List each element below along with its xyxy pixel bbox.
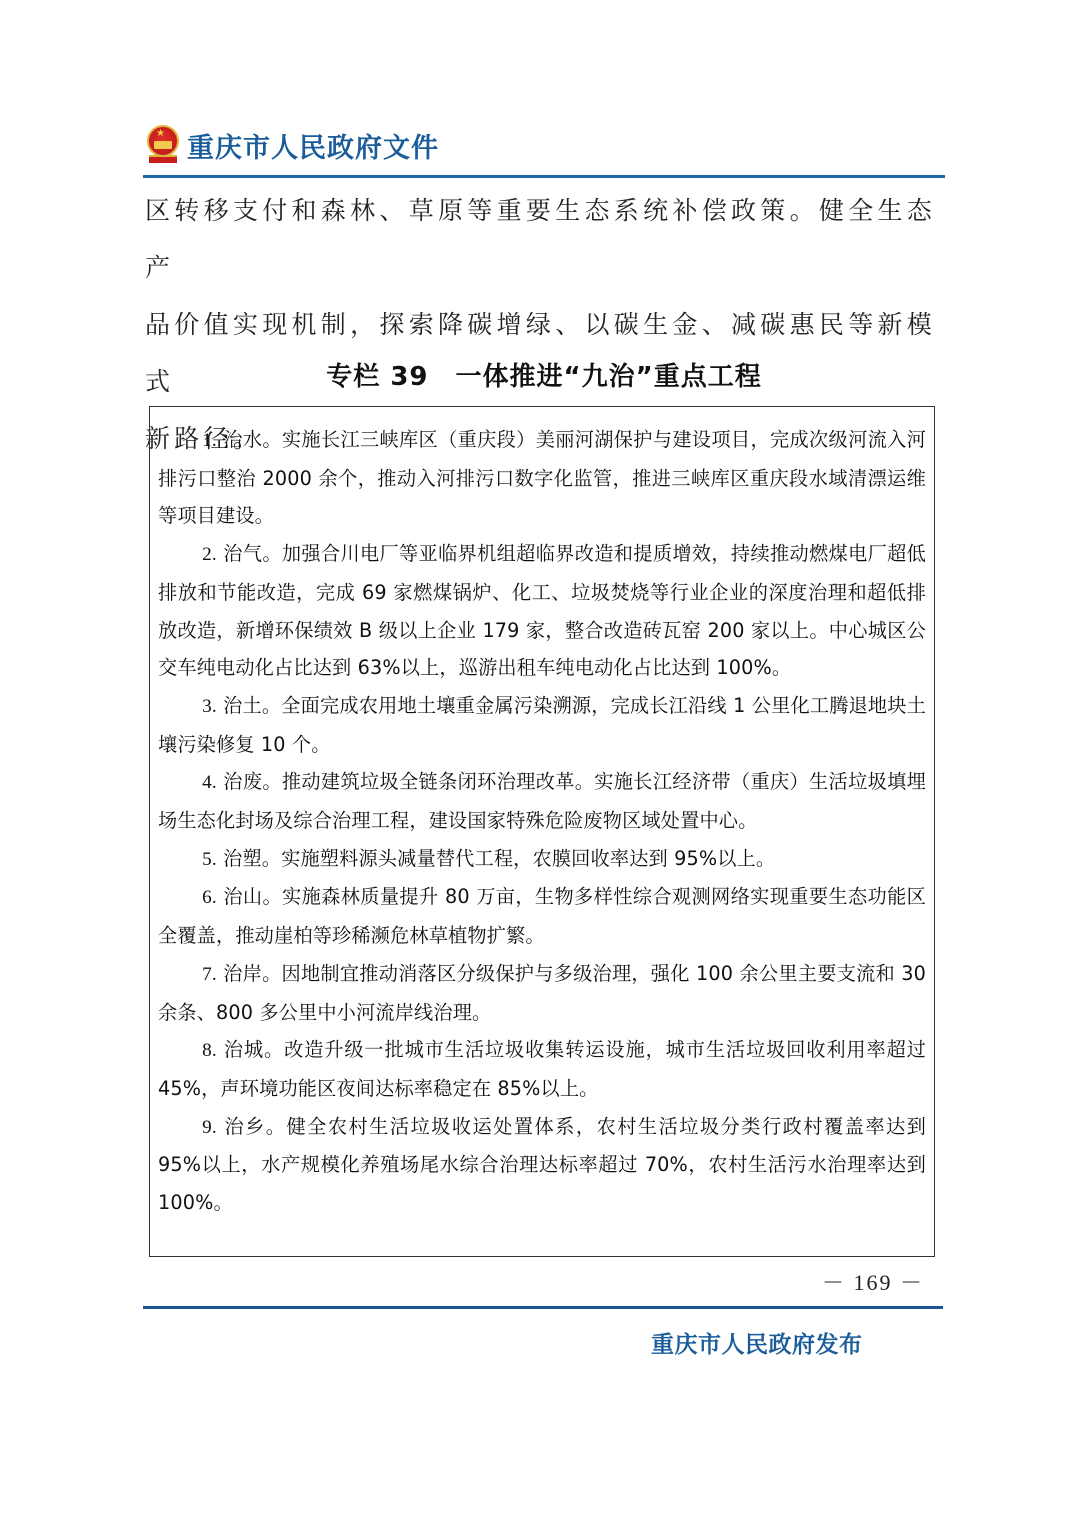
box-title: 专栏 39 一体推进“九治”重点工程 <box>0 356 1074 393</box>
item-number: 3. <box>202 696 217 717</box>
box-item: 2. 治气。加强合川电厂等亚临界机组超临界改造和提质增效，持续推动燃煤电厂超低排… <box>158 535 926 687</box>
box-item: 1. 治水。实施长江三峡库区（重庆段）美丽河湖保护与建设项目，完成次级河流入河排… <box>158 421 926 535</box>
item-text: 治山。实施森林质量提升 80 万亩，生物多样性综合观测网络实现重要生态功能区全覆… <box>158 885 926 947</box>
item-text: 治水。实施长江三峡库区（重庆段）美丽河湖保护与建设项目，完成次级河流入河排污口整… <box>158 428 926 527</box>
header-title: 重庆市人民政府文件 <box>187 126 439 165</box>
national-emblem-icon: ★ <box>145 125 181 165</box>
box-item: 5. 治塑。实施塑料源头减量替代工程，农膜回收率达到 95%以上。 <box>158 840 926 879</box>
footer-divider <box>143 1306 943 1309</box>
item-text: 治乡。健全农村生活垃圾收运处置体系，农村生活垃圾分类行政村覆盖率达到 95%以上… <box>158 1115 926 1214</box>
document-header: ★ 重庆市人民政府文件 <box>145 120 439 170</box>
item-text: 治城。改造升级一批城市生活垃圾收集转运设施，城市生活垃圾回收利用率超过 45%，… <box>158 1038 926 1100</box>
header-divider <box>143 175 945 178</box>
footer-publisher: 重庆市人民政府发布 <box>651 1326 863 1359</box>
item-number: 5. <box>202 849 217 870</box>
feature-box: 1. 治水。实施长江三峡库区（重庆段）美丽河湖保护与建设项目，完成次级河流入河排… <box>149 406 935 1257</box>
item-number: 8. <box>202 1040 217 1061</box>
item-text: 治岸。因地制宜推动消落区分级保护与多级治理，强化 100 余公里主要支流和 30… <box>158 962 926 1024</box>
item-text: 治塑。实施塑料源头减量替代工程，农膜回收率达到 95%以上。 <box>223 847 775 870</box>
item-number: 2. <box>202 544 217 565</box>
page-number: － 169 － <box>822 1266 924 1297</box>
item-number: 7. <box>202 964 217 985</box>
intro-line: 区转移支付和森林、草原等重要生态系统补偿政策。健全生态产 <box>145 182 945 296</box>
box-item: 3. 治土。全面完成农用地土壤重金属污染溯源，完成长江沿线 1 公里化工腾退地块… <box>158 687 926 763</box>
item-text: 治土。全面完成农用地土壤重金属污染溯源，完成长江沿线 1 公里化工腾退地块土壤污… <box>158 694 926 756</box>
box-item: 7. 治岸。因地制宜推动消落区分级保护与多级治理，强化 100 余公里主要支流和… <box>158 955 926 1031</box>
item-text: 治气。加强合川电厂等亚临界机组超临界改造和提质增效，持续推动燃煤电厂超低排放和节… <box>158 542 926 679</box>
item-number: 4. <box>202 772 217 793</box>
item-text: 治废。推动建筑垃圾全链条闭环治理改革。实施长江经济带（重庆）生活垃圾填埋场生态化… <box>158 770 926 832</box>
box-item: 4. 治废。推动建筑垃圾全链条闭环治理改革。实施长江经济带（重庆）生活垃圾填埋场… <box>158 763 926 839</box>
box-item: 9. 治乡。健全农村生活垃圾收运处置体系，农村生活垃圾分类行政村覆盖率达到 95… <box>158 1108 926 1222</box>
item-number: 1. <box>202 430 217 451</box>
item-number: 6. <box>202 887 217 908</box>
item-number: 9. <box>202 1117 217 1138</box>
box-item: 6. 治山。实施森林质量提升 80 万亩，生物多样性综合观测网络实现重要生态功能… <box>158 878 926 954</box>
box-item: 8. 治城。改造升级一批城市生活垃圾收集转运设施，城市生活垃圾回收利用率超过 4… <box>158 1031 926 1107</box>
